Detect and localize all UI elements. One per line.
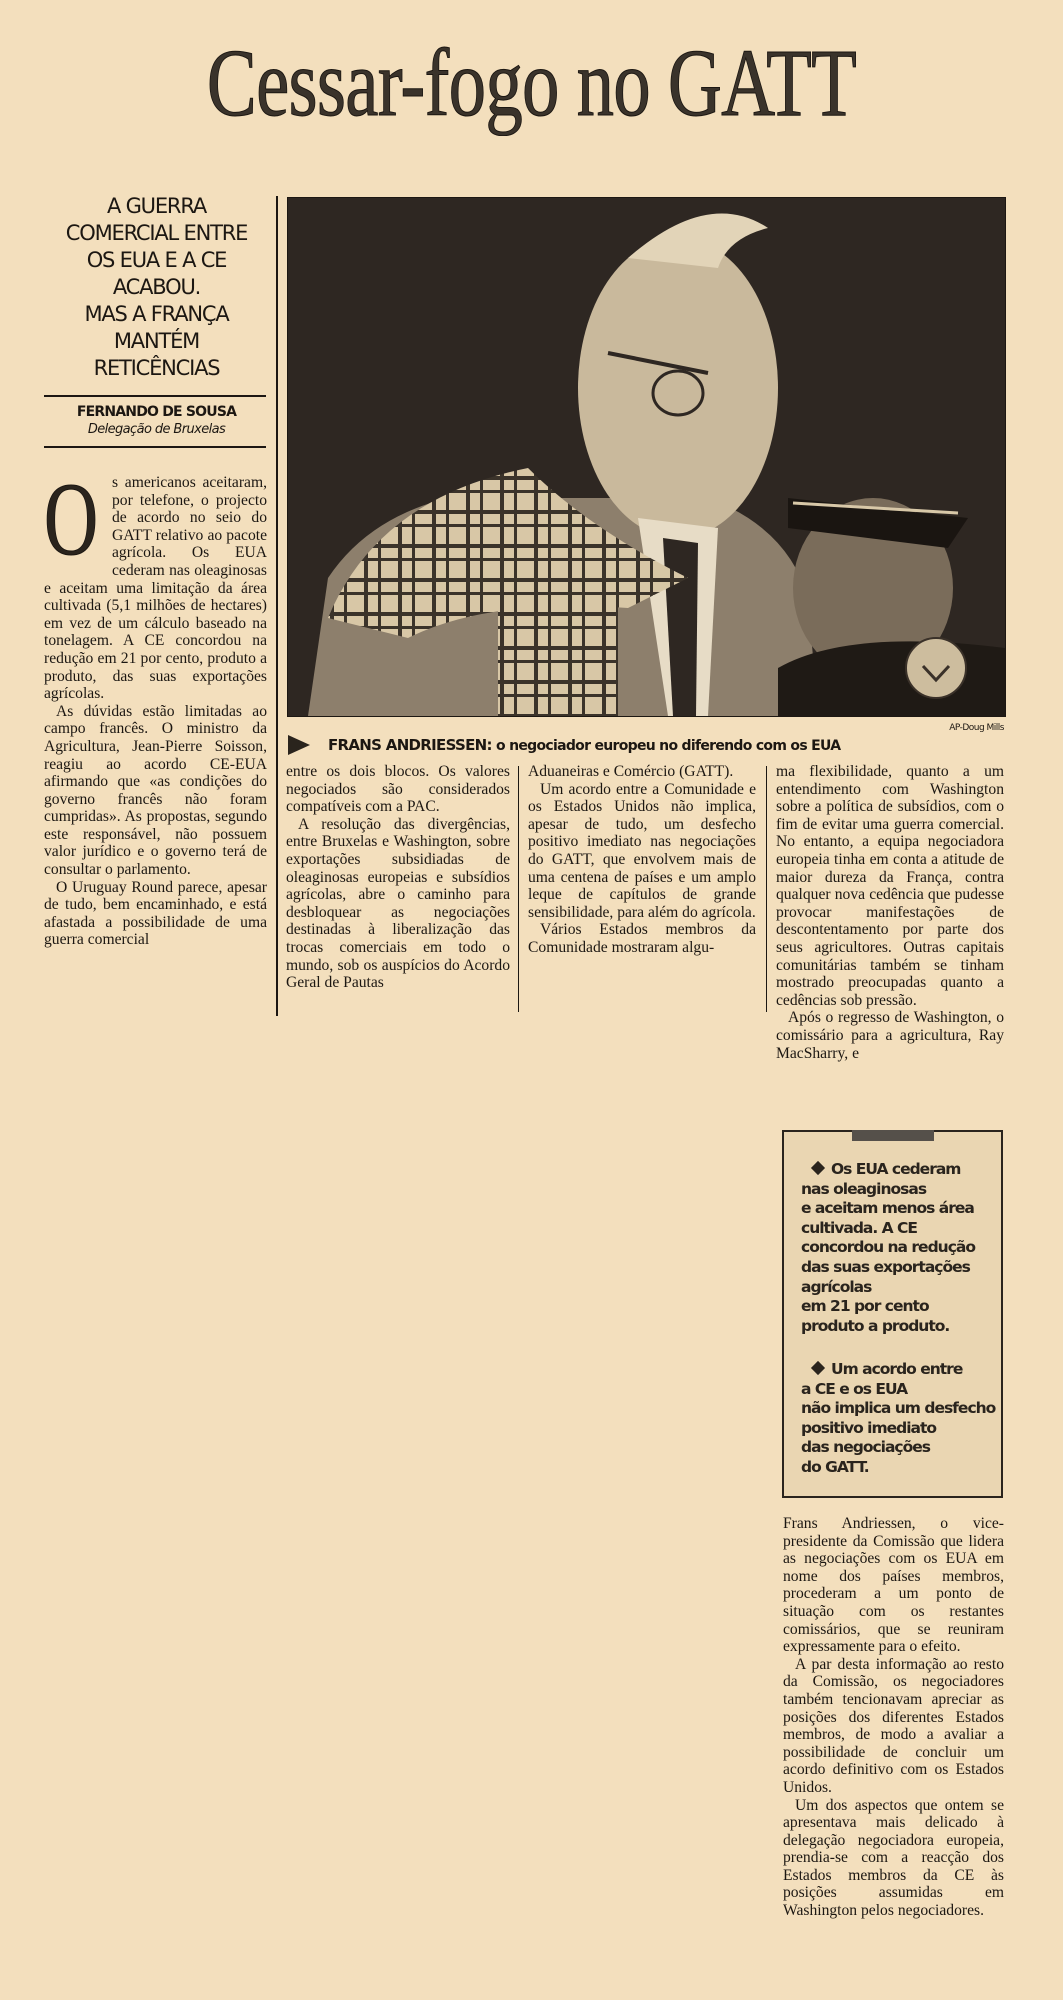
body-column-3: Aduaneiras e Comércio (GATT). Um acordo … [528,763,756,957]
byline-location: Delegação de Bruxelas [44,421,269,438]
paragraph: A resolução das divergências, entre Brux… [286,816,510,992]
deck-line: MAS A FRANÇA [44,301,269,328]
column-divider [276,196,278,1016]
paragraph: A par desta informação ao resto da Comis… [783,1656,1004,1797]
pull-quote-tab [852,1130,934,1141]
diamond-bullet-icon [811,1161,825,1175]
paragraph: entre os dois blocos. Os valores negocia… [286,763,510,816]
byline: FERNANDO DE SOUSA Delegação de Bruxelas [44,403,269,438]
paragraph: Vários Estados membros da Comunidade mos… [528,921,756,956]
byline-rule-top [44,395,266,397]
paragraph: Após o regresso de Washington, o comissá… [776,1009,1004,1062]
pull-quote-box: Os EUA cederam nas oleaginosas e aceitam… [782,1130,1003,1498]
body-column-4: ma flexibilidade, quanto a um entendimen… [776,763,1004,1062]
caption-lead: FRANS ANDRIESSEN: [328,736,492,754]
paragraph: Frans Andriessen, o vice-presidente da C… [783,1515,1004,1656]
paragraph: ma flexibilidade, quanto a um entendimen… [776,763,1004,1009]
triangle-right-icon [288,735,310,755]
body-column-2: entre os dois blocos. Os valores negocia… [286,763,510,992]
paragraph: As dúvidas estão limitadas ao campo fran… [44,703,267,879]
body-column-4-continued: Frans Andriessen, o vice-presidente da C… [783,1515,1004,1920]
photo-credit: AP-Doug Mills [880,723,1004,733]
deck-line: RETICÊNCIAS [44,355,269,382]
photo-caption: FRANS ANDRIESSEN: o negociador europeu n… [288,733,1008,757]
photo-image [288,198,1005,716]
deck-line: COMERCIAL ENTRE [44,220,269,247]
paragraph: Aduaneiras e Comércio (GATT). [528,763,756,781]
drop-cap: O [44,480,87,568]
paragraph: Um dos aspectos que ontem se apresentava… [783,1797,1004,1920]
byline-author: FERNANDO DE SOUSA [44,403,269,421]
deck-line: ACABOU. [44,274,269,301]
caption-text: o negociador europeu no diferendo com os… [492,738,841,754]
diamond-bullet-icon [811,1361,825,1375]
photo [287,197,1006,717]
headline: Cessar-fogo no GATT [117,28,946,138]
deck-line: OS EUA E A CE [44,247,269,274]
byline-rule-bottom [44,446,266,448]
paragraph: Os americanos aceitaram, por telefone, o… [44,474,267,703]
pull-quote-item: Os EUA cederam nas oleaginosas e aceitam… [801,1160,996,1336]
deck-line: A GUERRA [44,193,269,220]
deck-line: MANTÉM [44,328,269,355]
column-divider [766,766,767,1012]
pull-quote-item: Um acordo entre a CE e os EUA não implic… [801,1360,996,1478]
paragraph: Um acordo entre a Comunidade e os Estado… [528,781,756,922]
column-divider [518,766,519,1012]
paragraph: O Uruguay Round parece, apesar de tudo, … [44,879,267,949]
deck: A GUERRA COMERCIAL ENTRE OS EUA E A CE A… [44,193,269,382]
body-column-1: Os americanos aceitaram, por telefone, o… [44,474,267,949]
